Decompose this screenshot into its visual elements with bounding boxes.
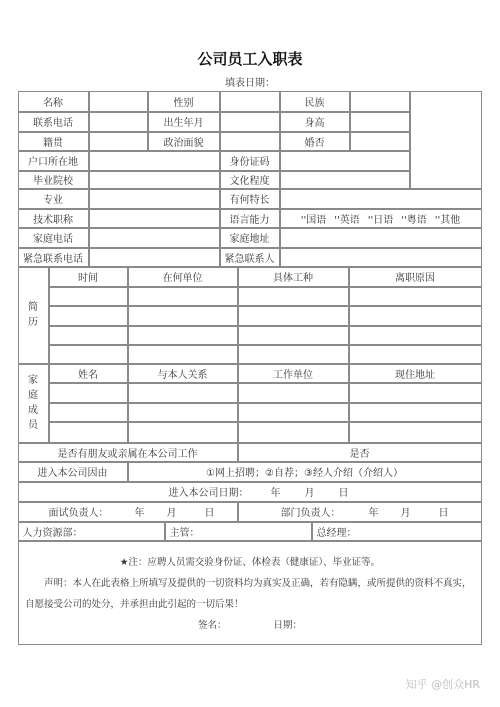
resume-cell[interactable] [238, 326, 349, 345]
label-emergency-phone: 紧急联系电话 [18, 248, 89, 267]
resume-cell[interactable] [238, 306, 349, 326]
family-header-relation: 与本人关系 [128, 364, 238, 383]
note-text: ★注：应聘人员需交验身份证、体检表（健康证）、毕业证等。 [25, 552, 475, 573]
family-cell[interactable] [49, 383, 128, 403]
resume-cell[interactable] [238, 345, 349, 364]
field-emergency-phone[interactable] [89, 248, 220, 267]
field-household[interactable] [89, 151, 220, 171]
hr-dept-cell[interactable]: 人力资源部： [18, 522, 165, 541]
general-manager-cell[interactable]: 总经理： [312, 522, 482, 541]
label-political-status: 政治面貌 [148, 132, 220, 151]
interviewer-label: 面试负责人： [49, 504, 109, 519]
signature-label[interactable]: 签名： [198, 620, 227, 631]
resume-cell[interactable] [128, 326, 238, 345]
resume-cell[interactable] [128, 287, 238, 306]
resume-header-time: 时间 [49, 267, 128, 287]
family-header-employer: 工作单位 [238, 364, 349, 383]
relatives-answer[interactable]: 是否 [238, 443, 482, 462]
field-education[interactable] [280, 171, 410, 189]
field-id-number[interactable] [280, 151, 410, 171]
field-political-status[interactable] [220, 132, 280, 151]
field-marital[interactable] [350, 132, 410, 151]
field-school[interactable] [89, 171, 220, 189]
entry-date-label: 进入本公司日期： [169, 484, 249, 499]
fill-date-label: 填表日期： [0, 74, 500, 89]
family-cell[interactable] [128, 383, 238, 403]
label-specialty: 有何特长 [220, 189, 280, 209]
label-gender: 性别 [148, 91, 220, 112]
label-height: 身高 [280, 112, 350, 132]
resume-cell[interactable] [349, 306, 482, 326]
family-header-name: 姓名 [49, 364, 128, 383]
label-title-rank: 技术职称 [18, 209, 89, 228]
resume-cell[interactable] [128, 345, 238, 364]
dept-head-cell[interactable]: 部门负责人： 年 月 日 [238, 502, 482, 522]
notes-section: ★注：应聘人员需交验身份证、体检表（健康证）、毕业证等。 声明：本人在此表格上所… [18, 541, 482, 645]
entry-reason-options[interactable]: ①网上招聘；②自荐；③经人介绍（介绍人） [128, 462, 482, 482]
relatives-question: 是否有朋友或亲属在本公司工作 [18, 443, 238, 462]
option-japanese[interactable]: ''日语 [368, 211, 394, 226]
declaration-text: 声明：本人在此表格上所填写及提供的一切资料均为真实及正确，若有隐瞒，或所提供的资… [25, 573, 475, 615]
family-section-label: 家 庭 成 员 [18, 364, 49, 443]
language-options: ''国语 ''英语 ''日语 ''粤语 ''其他 [280, 209, 482, 228]
field-phone[interactable] [89, 112, 148, 132]
family-cell[interactable] [128, 403, 238, 422]
resume-cell[interactable] [128, 306, 238, 326]
resume-cell[interactable] [349, 345, 482, 364]
entry-date-row[interactable]: 进入本公司日期： 年 月 日 [18, 482, 482, 502]
option-mandarin[interactable]: ''国语 [301, 211, 327, 226]
resume-cell[interactable] [49, 326, 128, 345]
supervisor-cell[interactable]: 主管： [165, 522, 312, 541]
resume-cell[interactable] [238, 287, 349, 306]
label-birth: 出生年月 [148, 112, 220, 132]
photo-box[interactable] [410, 91, 482, 189]
resume-cell[interactable] [49, 345, 128, 364]
interviewer-cell[interactable]: 面试负责人： 年 月 日 [18, 502, 238, 522]
label-language: 语言能力 [220, 209, 280, 228]
family-header-address: 现住地址 [349, 364, 482, 383]
field-ethnicity[interactable] [350, 91, 410, 112]
family-cell[interactable] [238, 383, 349, 403]
resume-cell[interactable] [349, 326, 482, 345]
signature-date-label[interactable]: 日期： [274, 620, 303, 631]
field-name[interactable] [89, 91, 148, 112]
label-emergency-contact: 紧急联系人 [220, 248, 280, 267]
family-cell[interactable] [349, 422, 482, 443]
label-major: 专业 [18, 189, 89, 209]
label-ethnicity: 民族 [280, 91, 350, 112]
family-cell[interactable] [49, 403, 128, 422]
resume-header-job: 具体工种 [238, 267, 349, 287]
field-native-place[interactable] [89, 132, 148, 151]
field-major[interactable] [89, 189, 220, 209]
resume-cell[interactable] [349, 287, 482, 306]
page-title: 公司员工入职表 [0, 48, 500, 69]
label-native-place: 籍贯 [18, 132, 89, 151]
label-marital: 婚否 [280, 132, 350, 151]
resume-section-label: 简 历 [18, 267, 49, 364]
field-birth[interactable] [220, 112, 280, 132]
resume-cell[interactable] [49, 306, 128, 326]
dept-head-label: 部门负责人： [281, 504, 341, 519]
field-emergency-contact[interactable] [280, 248, 482, 267]
family-cell[interactable] [49, 422, 128, 443]
label-name: 名称 [18, 91, 89, 112]
signature-row: 签名： 日期： [25, 615, 475, 636]
label-school: 毕业院校 [18, 171, 89, 189]
label-phone: 联系电话 [18, 112, 89, 132]
onboarding-form-table: 名称 性别 民族 联系电话 出生年月 身高 籍贯 政治面貌 婚否 户口所在地 身… [18, 91, 482, 645]
watermark: 知乎 @创众HR [406, 676, 480, 692]
family-cell[interactable] [128, 422, 238, 443]
label-entry-reason: 进入本公司因由 [18, 462, 128, 482]
family-cell[interactable] [238, 422, 349, 443]
family-cell[interactable] [238, 403, 349, 422]
family-cell[interactable] [349, 403, 482, 422]
label-education: 文化程度 [220, 171, 280, 189]
resume-header-company: 在何单位 [128, 267, 238, 287]
label-household: 户口所在地 [18, 151, 89, 171]
field-home-address[interactable] [280, 228, 482, 248]
option-english[interactable]: ''英语 [334, 211, 360, 226]
option-cantonese[interactable]: ''粤语 [401, 211, 427, 226]
field-height[interactable] [350, 112, 410, 132]
field-title-rank[interactable] [89, 209, 220, 228]
field-home-phone[interactable] [89, 228, 220, 248]
label-id-number: 身份证码 [220, 151, 280, 171]
resume-header-reason: 离职原因 [349, 267, 482, 287]
family-cell[interactable] [349, 383, 482, 403]
resume-cell[interactable] [49, 287, 128, 306]
field-specialty[interactable] [280, 189, 482, 209]
label-home-address: 家庭地址 [220, 228, 280, 248]
field-gender[interactable] [220, 91, 280, 112]
label-home-phone: 家庭电话 [18, 228, 89, 248]
option-other[interactable]: ''其他 [435, 211, 461, 226]
